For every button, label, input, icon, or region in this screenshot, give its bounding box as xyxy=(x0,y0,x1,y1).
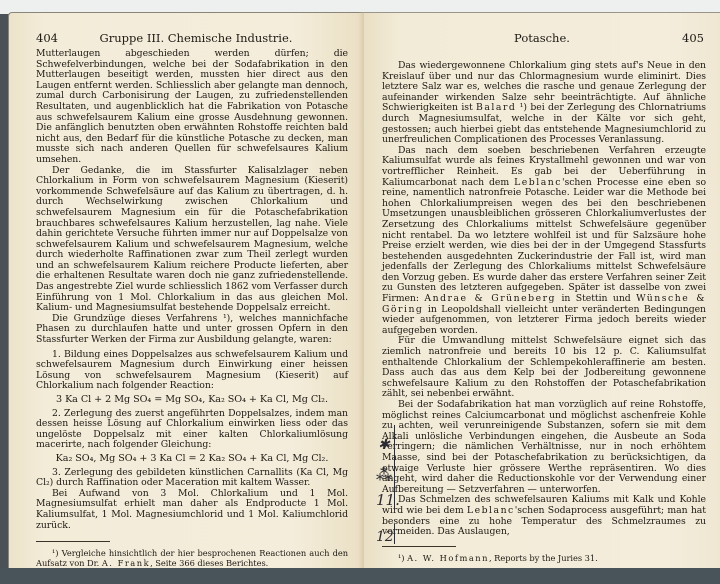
equation: 3 Ka Cl + 2 Mg SO₄ = Mg SO₄, Ka₂ SO₄ + K… xyxy=(36,395,348,406)
handwritten-margin-line xyxy=(394,425,395,509)
paragraph: Das nach dem soeben beschriebenen Verfah… xyxy=(382,146,706,337)
paragraph: Die Grundzüge dieses Verfahrens ¹), welc… xyxy=(36,314,348,346)
scanner-bottom-edge xyxy=(0,568,720,584)
paragraph: Das wiedergewonnene Chlorkalium ging ste… xyxy=(382,61,706,146)
paragraph: Bei Aufwand von 3 Mol. Chlorkalium und 1… xyxy=(36,489,348,531)
handwritten-asterisk-mark: ✱ xyxy=(378,437,390,453)
paragraph: Bei der Sodafabrikation hat man vorzügli… xyxy=(382,400,706,495)
author-name: A. W. Hofmann xyxy=(407,553,489,563)
person-name: Leblanc xyxy=(467,505,515,516)
handwritten-number-11: 11. xyxy=(376,491,400,509)
footnote-rule xyxy=(36,541,110,542)
right-page: Potasche. 405 Das wiedergewonnene Chlork… xyxy=(364,12,720,568)
footnote: ¹) A. W. Hofmann, Reports by the Juries … xyxy=(382,553,706,563)
page-number: 405 xyxy=(682,31,704,45)
right-page-body: Das wiedergewonnene Chlorkalium ging ste… xyxy=(382,61,706,563)
left-page: 404 Gruppe III. Chemische Industrie. Mut… xyxy=(8,12,364,568)
person-name: Balard xyxy=(476,102,516,113)
equation: Ka₂ SO₄, Mg SO₄ + 3 Ka Cl = 2 Ka₂ SO₄ + … xyxy=(36,454,348,465)
paragraph: 2. Zerlegung des zuerst angeführten Dopp… xyxy=(36,409,348,451)
paragraph: 3. Zerlegung des gebildeten künstlichen … xyxy=(36,468,348,489)
person-name: Leblanc xyxy=(514,177,562,188)
paragraph: Das Schmelzen des schwefelsauren Kaliums… xyxy=(382,495,706,537)
firm-name: Andrae & Grüneberg xyxy=(424,293,556,304)
paragraph: Für die Umwandlung mittelst Schwefelsäur… xyxy=(382,336,706,400)
paragraph: Mutterlaugen abgeschieden werden dürfen;… xyxy=(36,49,348,166)
handwritten-hash-mark: ⁂ xyxy=(376,465,392,484)
handwritten-number-12: 12 xyxy=(376,529,394,545)
handwritten-margin-line xyxy=(394,524,395,544)
footnote: ¹) Vergleiche hinsichtlich der hier besp… xyxy=(36,548,348,568)
footnote-rule xyxy=(382,546,456,547)
running-head: Gruppe III. Chemische Industrie. xyxy=(36,31,356,45)
author-name: A. Frank xyxy=(102,558,150,568)
paragraph: 1. Bildung eines Doppelsalzes aus schwef… xyxy=(36,350,348,392)
left-page-body: Mutterlaugen abgeschieden werden dürfen;… xyxy=(36,49,348,568)
paragraph: Der Gedanke, die im Stassfurter Kalisalz… xyxy=(36,166,348,314)
running-head: Potasche. xyxy=(382,31,702,45)
